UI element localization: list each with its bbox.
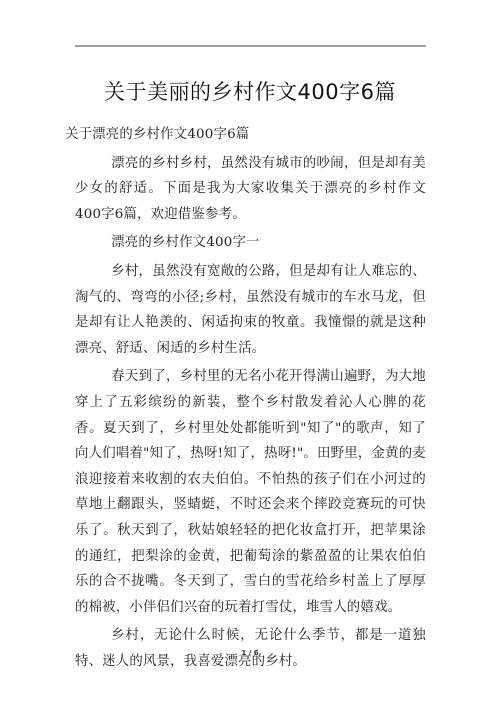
document-body: 关于漂亮的乡村作文400字6篇 漂亮的乡村乡村，虽然没有城市的吵闹，但是却有美少… [75,122,426,677]
document-title: 关于美丽的乡村作文400字6篇 [0,76,500,106]
intro-paragraph: 漂亮的乡村乡村，虽然没有城市的吵闹，但是却有美少女的舒适。下面是我为大家收集关于… [75,151,426,228]
body-paragraph: 春天到了，乡村里的无名小花开得满山遍野，为大地穿上了五彩缤纷的新装，整个乡村散发… [75,364,426,620]
page-number: 1 / 6 [0,649,500,657]
section-heading: 漂亮的乡村作文400字一 [75,230,426,256]
body-paragraph: 乡村，虽然没有宽敞的公路，但是却有让人难忘的、淘气的、弯弯的小径;乡村，虽然没有… [75,259,426,361]
header-rule [75,45,426,47]
document-subtitle: 关于漂亮的乡村作文400字6篇 [65,122,426,148]
